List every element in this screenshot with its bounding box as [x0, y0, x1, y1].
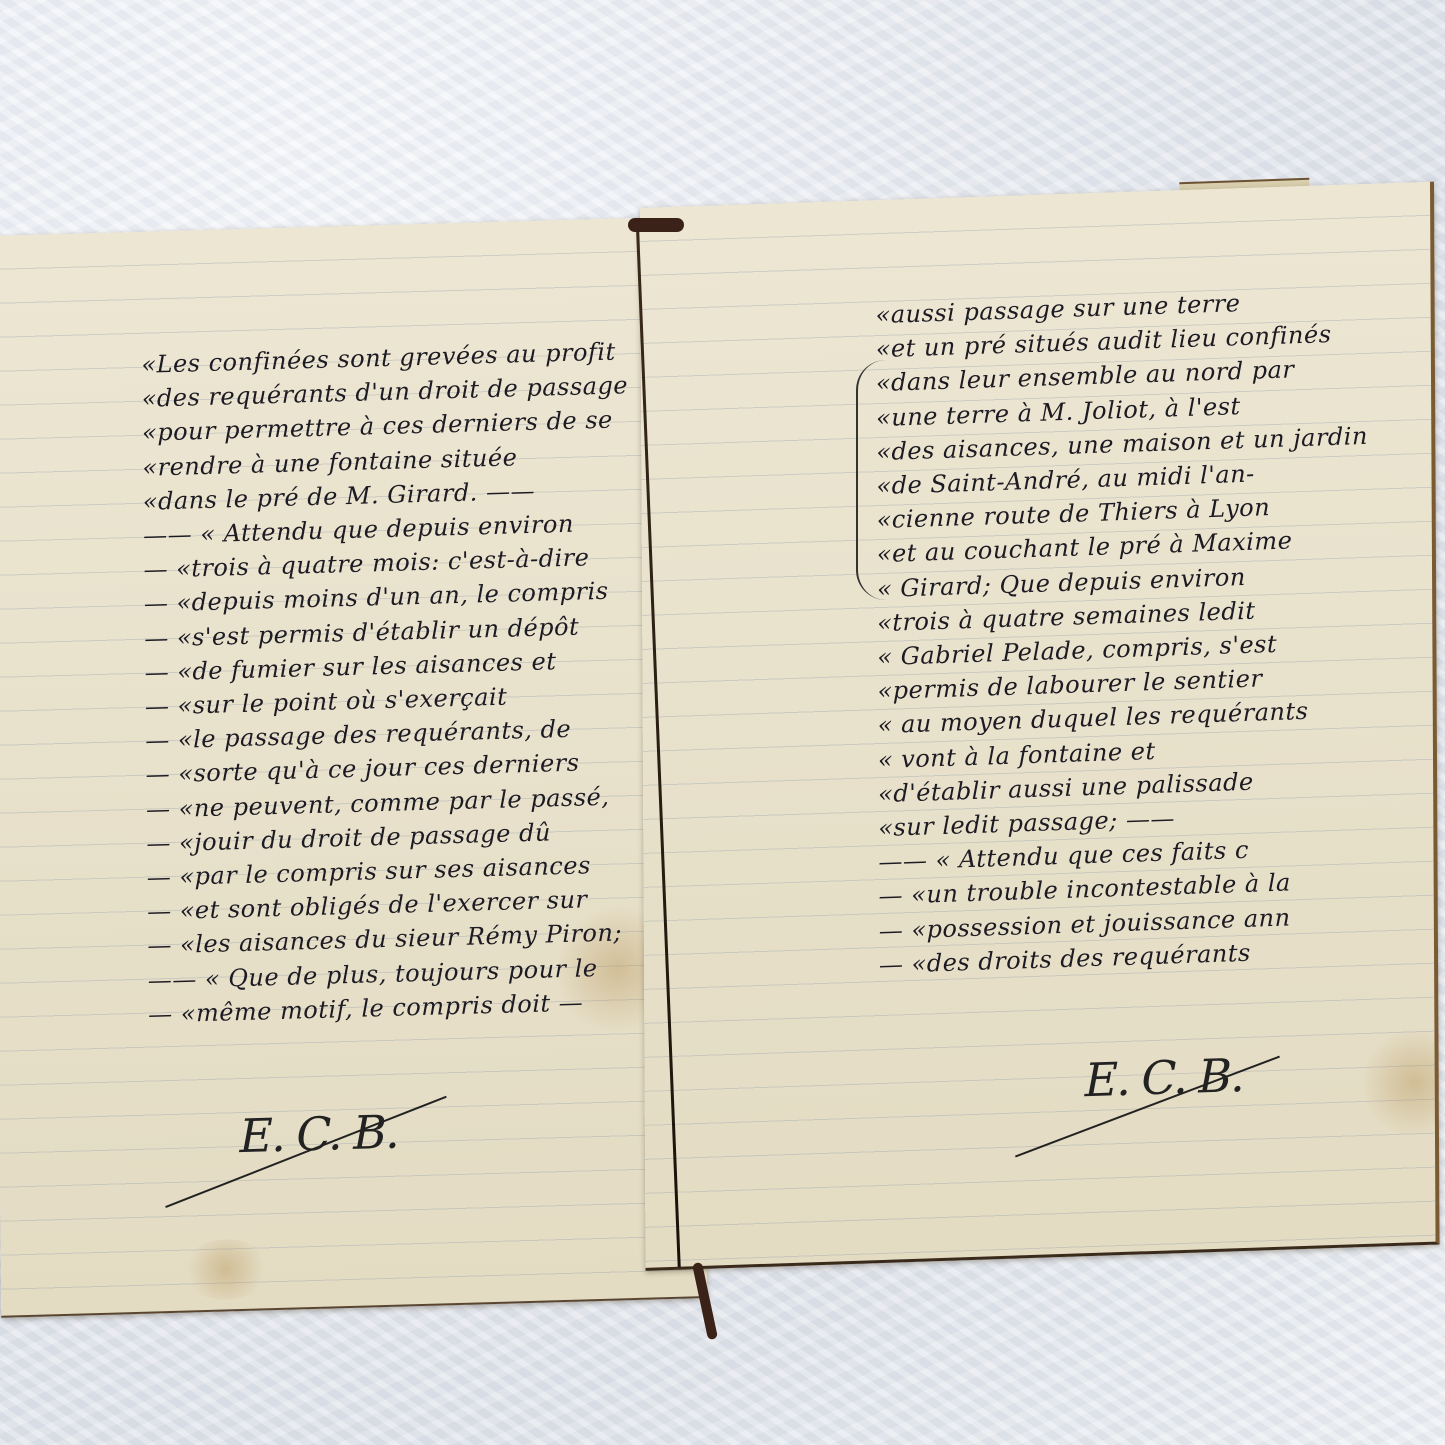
- margin-brace: [856, 360, 898, 600]
- right-page-text: «aussi passage sur une terre «et un pré …: [876, 282, 1371, 982]
- signature: E. C. B.: [239, 1105, 398, 1163]
- right-page: «aussi passage sur une terre «et un pré …: [640, 182, 1440, 1271]
- left-page: «Les confinées sont grevées au profit «d…: [0, 216, 707, 1317]
- left-page-text: «Les confinées sont grevées au profit «d…: [141, 334, 634, 1031]
- binding-thread-top: [628, 218, 684, 232]
- open-notebook: «Les confinées sont grevées au profit «d…: [0, 0, 1445, 1445]
